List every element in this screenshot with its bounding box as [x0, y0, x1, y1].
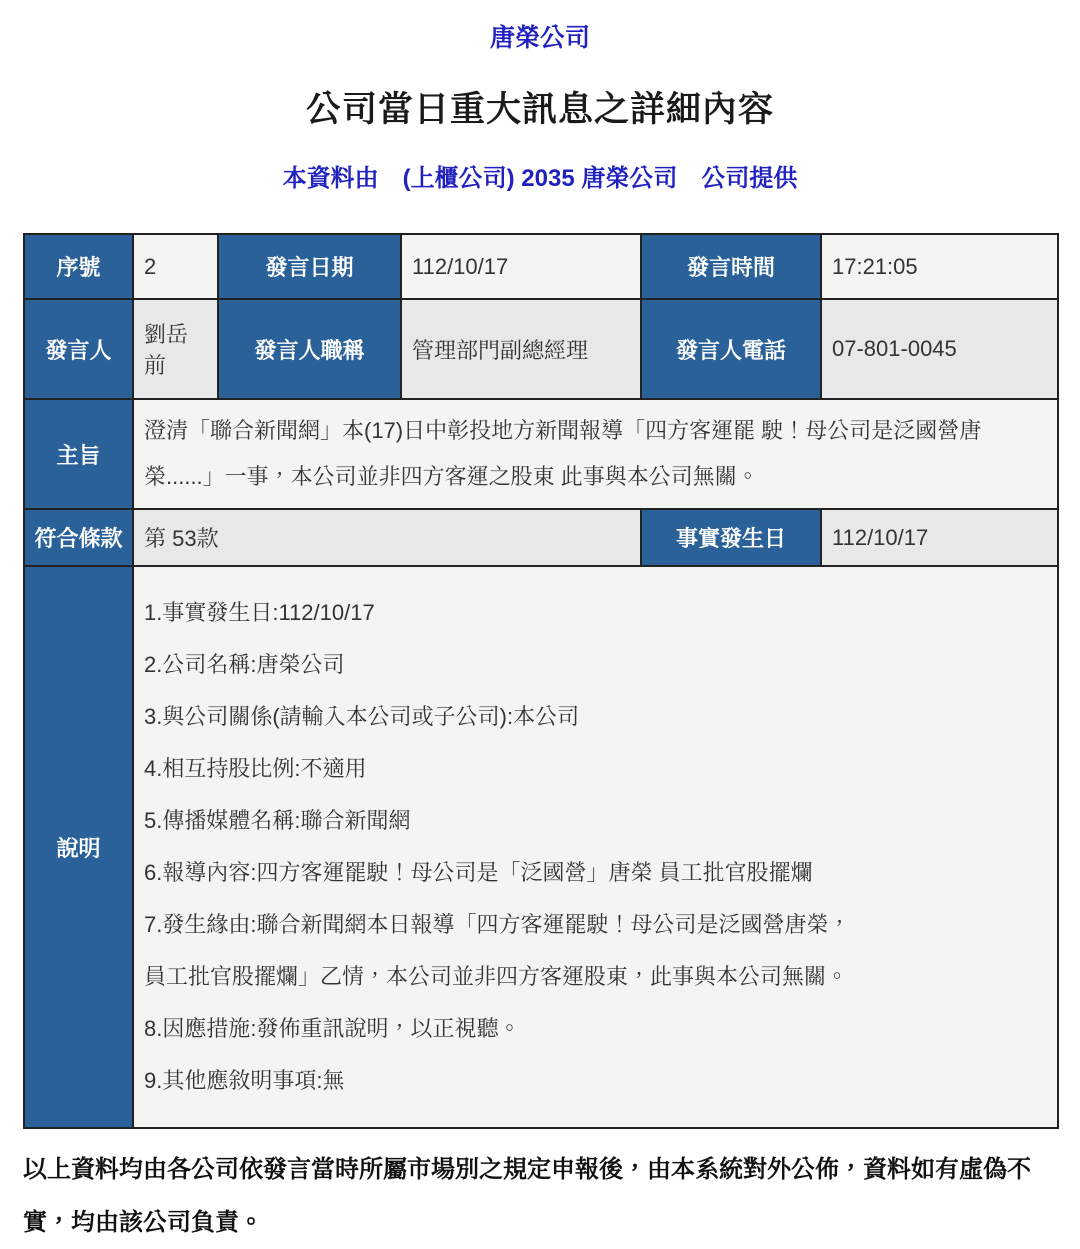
data-source-subtitle: 本資料由 (上櫃公司) 2035 唐榮公司 公司提供 — [0, 158, 1080, 193]
clause-value-cell: 第 53款 — [133, 509, 641, 566]
table-row-speaker: 發言人 劉岳前 發言人職稱 管理部門副總經理 發言人電話 07-801-0045 — [24, 299, 1058, 399]
company-name-heading[interactable]: 唐榮公司 — [0, 18, 1080, 54]
description-label-cell: 說明 — [24, 566, 133, 1128]
fact-date-label-cell: 事實發生日 — [641, 509, 821, 566]
announcement-detail-table: 序號 2 發言日期 112/10/17 發言時間 17:21:05 發言人 劉岳… — [23, 233, 1059, 1129]
table-row-description: 說明 1.事實發生日:112/10/17 2.公司名稱:唐榮公司 3.與公司關係… — [24, 566, 1058, 1128]
sequence-value-cell: 2 — [133, 234, 218, 299]
speaker-phone-value-cell: 07-801-0045 — [821, 299, 1058, 399]
speaker-value-cell: 劉岳前 — [133, 299, 218, 399]
speak-date-label-cell: 發言日期 — [218, 234, 401, 299]
speaker-label-cell: 發言人 — [24, 299, 133, 399]
table-row-subject: 主旨 澄清「聯合新聞網」本(17)日中彰投地方新聞報導「四方客運罷 駛！母公司是… — [24, 399, 1058, 509]
announcement-page: 唐榮公司 公司當日重大訊息之詳細內容 本資料由 (上櫃公司) 2035 唐榮公司… — [0, 0, 1080, 1249]
speaker-phone-label-cell: 發言人電話 — [641, 299, 821, 399]
clause-label-cell: 符合條款 — [24, 509, 133, 566]
page-title: 公司當日重大訊息之詳細內容 — [0, 82, 1080, 132]
speak-time-label-cell: 發言時間 — [641, 234, 821, 299]
footer-disclaimer: 以上資料均由各公司依發言當時所屬市場別之規定申報後，由本系統對外公佈，資料如有虛… — [23, 1143, 1057, 1249]
speaker-title-label-cell: 發言人職稱 — [218, 299, 401, 399]
speak-time-value-cell: 17:21:05 — [821, 234, 1058, 299]
sequence-label-cell: 序號 — [24, 234, 133, 299]
table-row-sequence: 序號 2 發言日期 112/10/17 發言時間 17:21:05 — [24, 234, 1058, 299]
fact-date-value-cell: 112/10/17 — [821, 509, 1058, 566]
subject-label-cell: 主旨 — [24, 399, 133, 509]
speaker-title-value-cell: 管理部門副總經理 — [401, 299, 641, 399]
description-value-cell: 1.事實發生日:112/10/17 2.公司名稱:唐榮公司 3.與公司關係(請輸… — [133, 566, 1058, 1128]
speak-date-value-cell: 112/10/17 — [401, 234, 641, 299]
table-row-clause: 符合條款 第 53款 事實發生日 112/10/17 — [24, 509, 1058, 566]
subject-value-cell: 澄清「聯合新聞網」本(17)日中彰投地方新聞報導「四方客運罷 駛！母公司是泛國營… — [133, 399, 1058, 509]
